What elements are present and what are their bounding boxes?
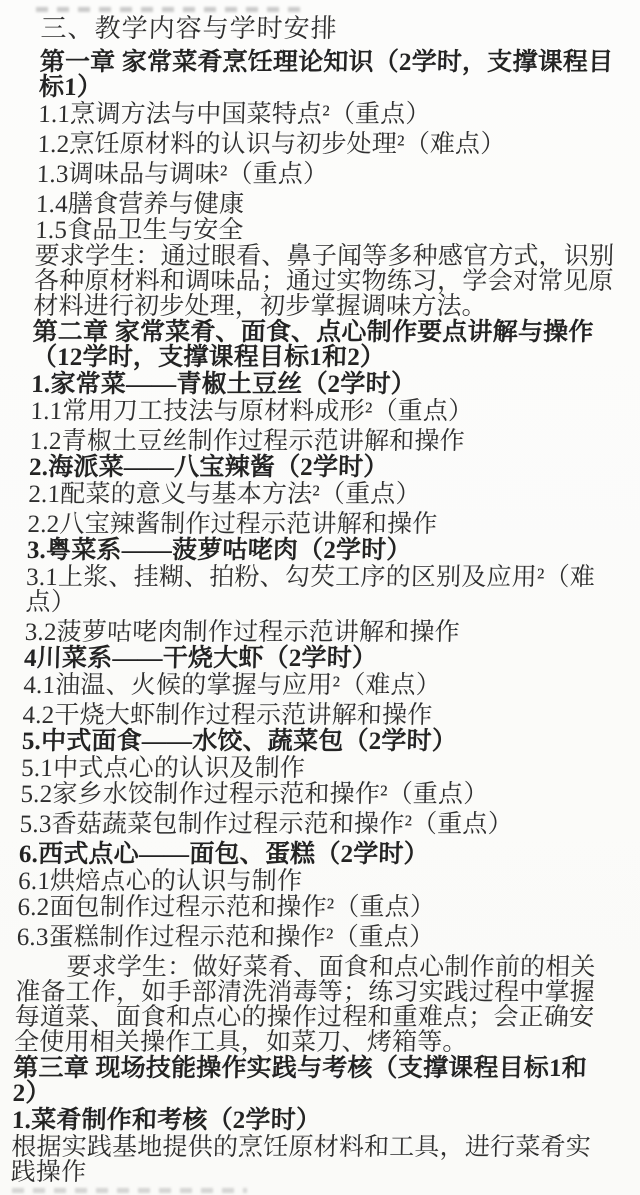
item-1-1: 1.1烹调方法与中国菜特点²（重点） — [38, 102, 639, 127]
chapter-2-requirements: 要求学生：做好菜肴、面食和点心制作前的相关 准备工作，如手部清洗消毒等；练习实践… — [14, 955, 617, 1055]
practice-description: 根据实践基地提供的烹饪原材料和工具，进行菜肴实 践操作 — [10, 1135, 611, 1185]
dish-5-heading: 5.中式面食——水饺、蔬菜包（2学时） — [22, 729, 623, 754]
item-2-4-2: 4.2干烧大虾制作过程示范讲解和操作 — [22, 703, 623, 728]
item-1-3: 1.3调味品与调味²（重点） — [36, 162, 637, 187]
item-2-3-1: 3.1上浆、挂糊、拍粉、勾芡工序的区别及应用²（难 点） — [25, 565, 626, 615]
item-2-2-2: 2.2八宝辣酱制作过程示范讲解和操作 — [27, 512, 628, 537]
section-title: 三、教学内容与学时安排 — [40, 13, 640, 44]
chapter-2-heading: 第二章 家常菜肴、面食、点心制作要点讲解与操作 （12学时，支撑课程目标1和2） — [32, 320, 633, 370]
item-1-5: 1.5食品卫生与安全 — [35, 218, 636, 243]
cut-off-text-line-top — [36, 7, 301, 12]
item-2-3-2: 3.2菠萝咕咾肉制作过程示范讲解和操作 — [24, 620, 625, 645]
dish-2-heading: 2.海派菜——八宝辣酱（2学时） — [29, 455, 630, 480]
dish-3-heading: 3.粤菜系——菠萝咕咾肉（2学时） — [27, 538, 628, 563]
item-2-5-2: 5.2家乡水饺制作过程示范和操作²（重点） — [20, 782, 621, 807]
item-2-6-2: 6.2面包制作过程示范和操作²（重点） — [17, 895, 618, 920]
dish-1-heading: 1.家常菜——青椒土豆丝（2学时） — [31, 372, 632, 397]
document-content: 三、教学内容与学时安排 第一章 家常菜肴烹饪理论知识（2学时，支撑课程目 标1）… — [0, 13, 640, 1186]
dish-6-heading: 6.西式点心——面包、蛋糕（2学时） — [19, 842, 620, 867]
item-2-6-3: 6.3蛋糕制作过程示范和操作²（重点） — [16, 925, 617, 950]
chapter-3-heading: 第三章 现场技能操作实践与考核（支撑课程目标1和 2） — [12, 1056, 613, 1106]
assessment-1-heading: 1.菜肴制作和考核（2学时） — [12, 1108, 613, 1133]
item-1-2: 1.2烹饪原材料的认识与初步处理²（难点） — [37, 132, 638, 157]
cut-off-text-line-bottom — [12, 1188, 247, 1193]
item-2-5-3: 5.3香菇蔬菜包制作过程示范和操作²（重点） — [19, 812, 620, 837]
chapter-1-requirements: 要求学生：通过眼看、鼻子闻等多种感官方式，识别 各种原材料和调味品；通过实物练习… — [33, 244, 635, 319]
scanned-document-page: 三、教学内容与学时安排 第一章 家常菜肴烹饪理论知识（2学时，支撑课程目 标1）… — [0, 0, 640, 1195]
item-2-2-1: 2.1配菜的意义与基本方法²（重点） — [28, 482, 629, 507]
item-1-4: 1.4膳食营养与健康 — [36, 192, 637, 217]
dish-4-heading: 4川菜系——干烧大虾（2学时） — [24, 646, 625, 671]
item-2-4-1: 4.1油温、火候的掌握与应用²（难点） — [23, 673, 624, 698]
item-2-5-1: 5.1中式点心的认识及制作 — [21, 756, 622, 781]
item-2-6-1: 6.1烘焙点心的认识与制作 — [18, 869, 619, 894]
chapter-1-heading: 第一章 家常菜肴烹饪理论知识（2学时，支撑课程目 标1） — [39, 50, 640, 100]
item-2-1-1: 1.1常用刀工技法与原材料成形²（重点） — [30, 399, 631, 424]
item-2-1-2: 1.2青椒土豆丝制作过程示范讲解和操作 — [29, 429, 630, 454]
